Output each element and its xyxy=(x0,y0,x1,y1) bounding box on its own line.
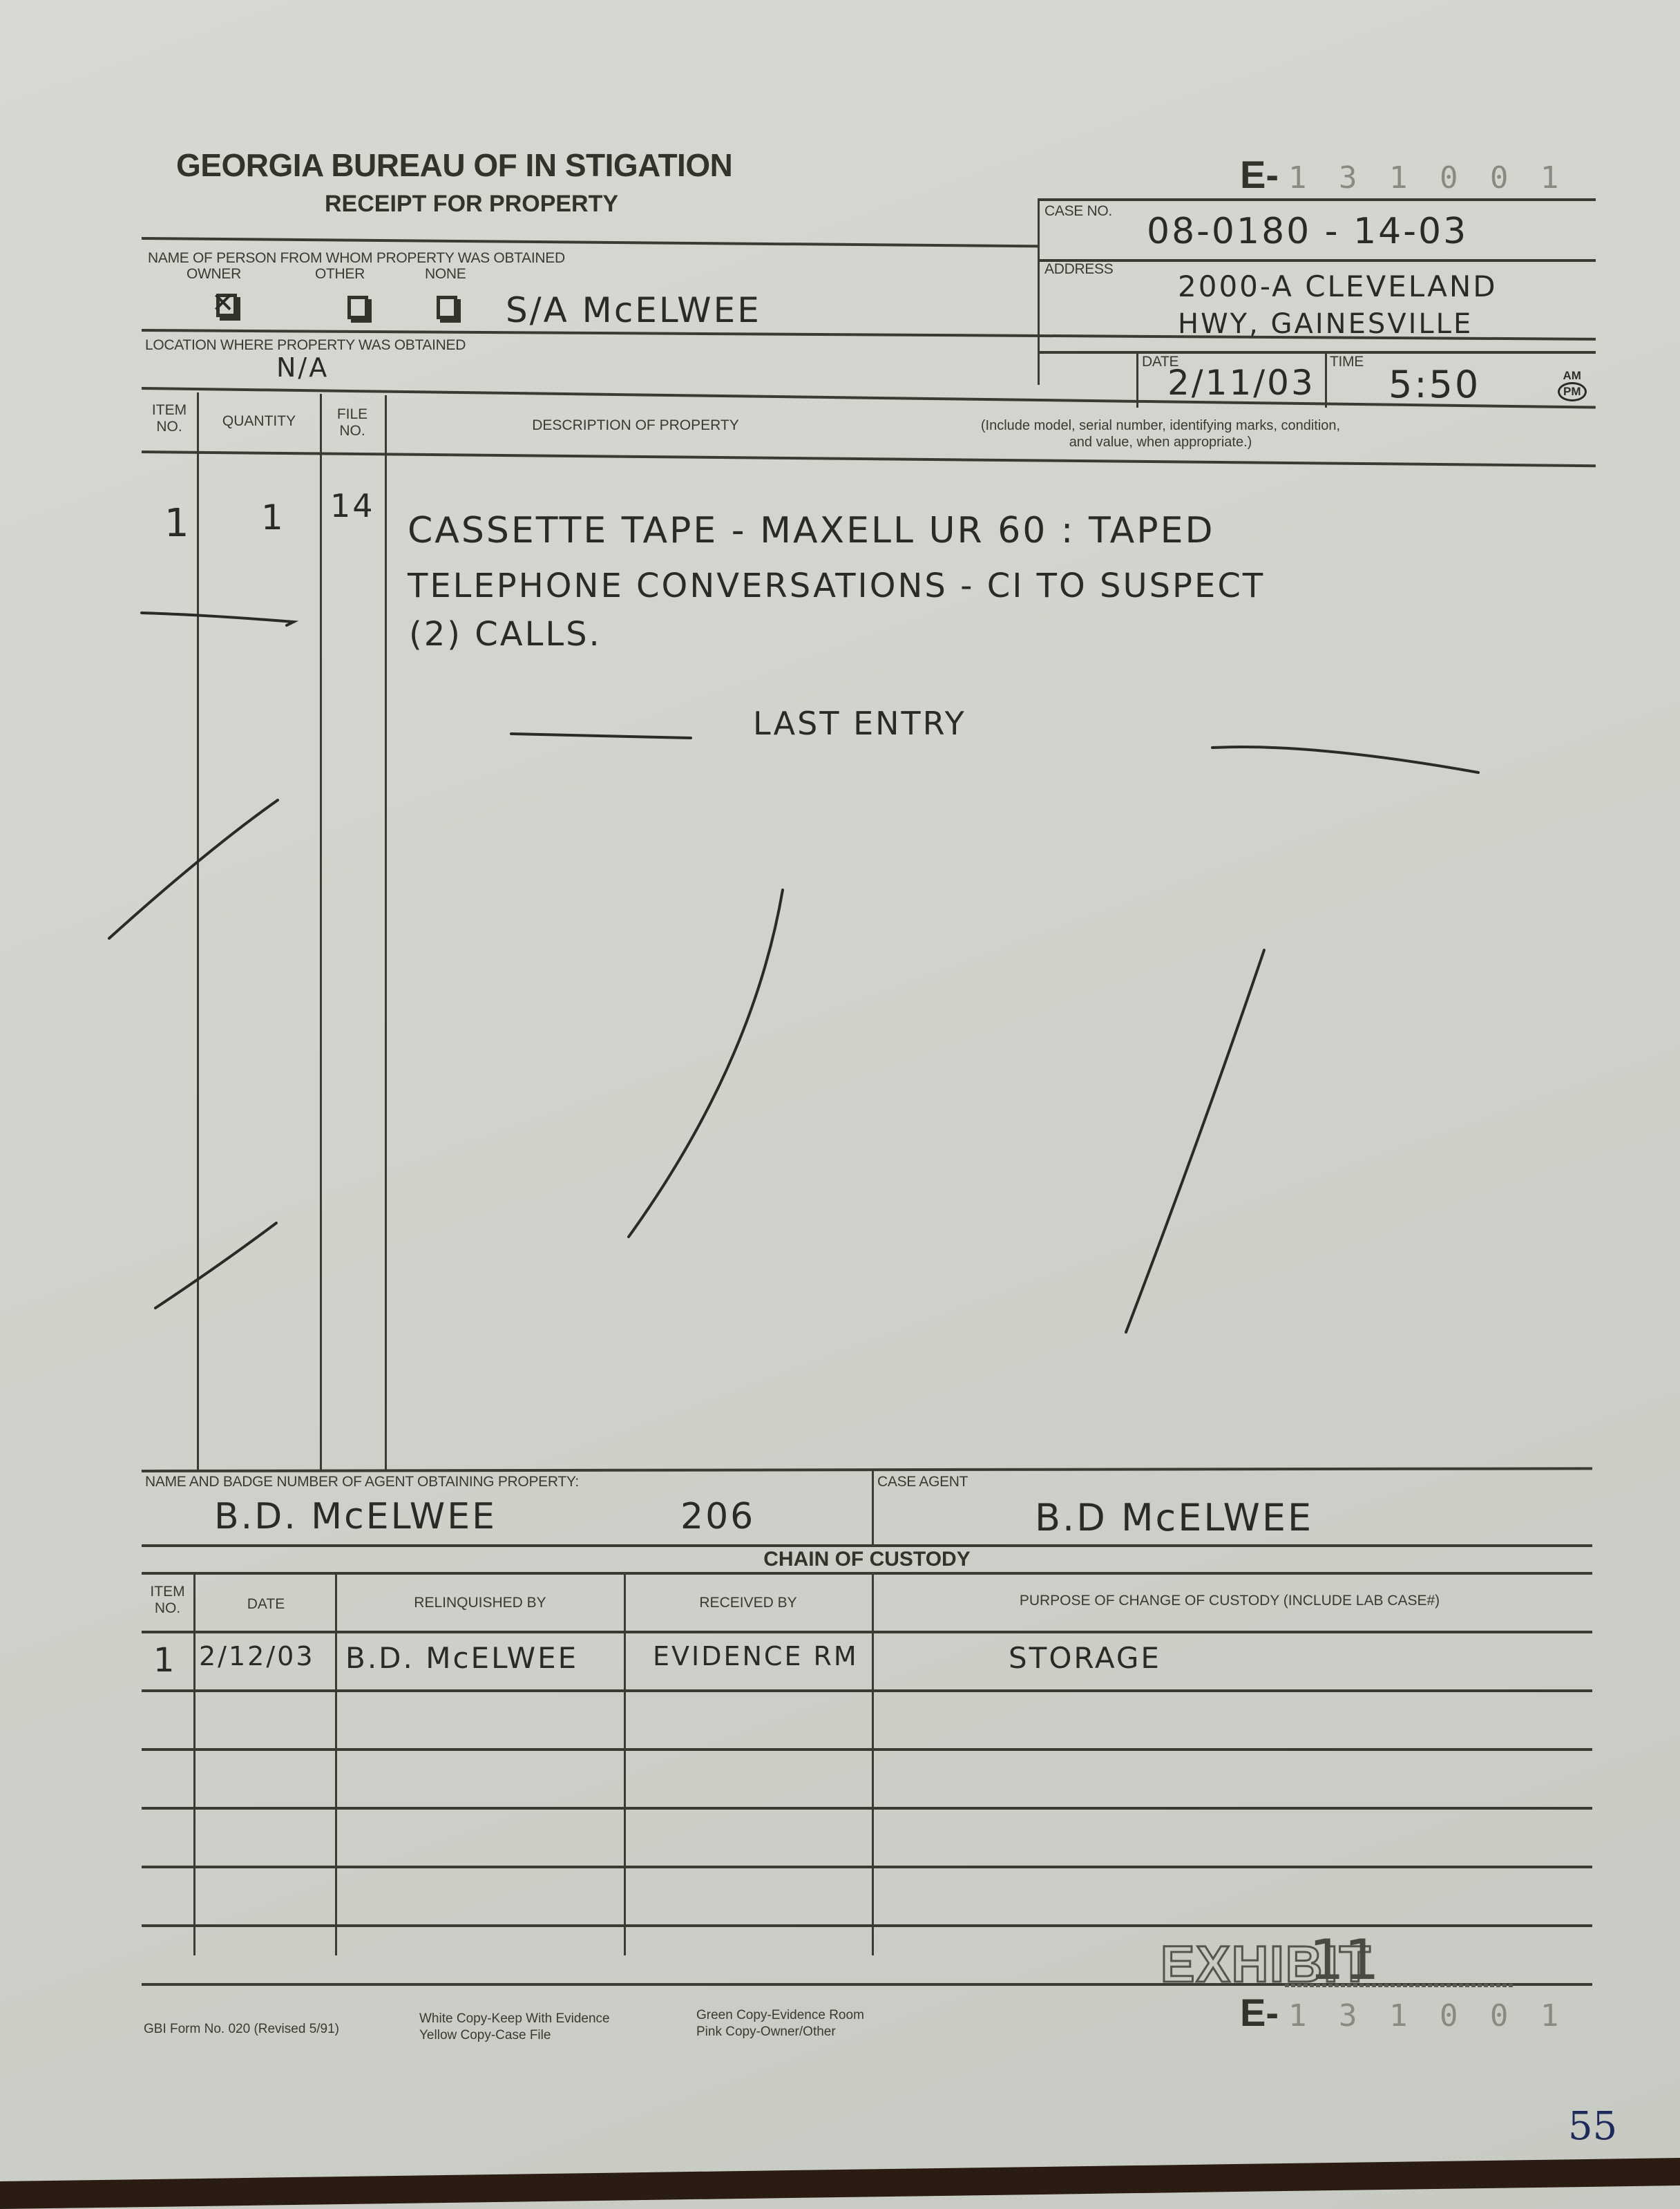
divider xyxy=(142,1544,1592,1547)
copy-green: Green Copy-Evidence Room xyxy=(696,2007,864,2024)
agent-badge-number: 206 xyxy=(680,1496,755,1537)
coc-header-date: DATE xyxy=(197,1596,335,1613)
page-number: 55 xyxy=(1568,2104,1617,2149)
form-number: GBI Form No. 020 (Revised 5/91) xyxy=(144,2021,339,2038)
exhibit-underline xyxy=(1285,1984,1513,1987)
row-divider xyxy=(142,1631,1592,1633)
coc-header-relinquished-by: RELINQUISHED BY xyxy=(338,1595,622,1611)
row-divider xyxy=(142,1689,1592,1692)
chain-of-custody-title: CHAIN OF CUSTODY xyxy=(142,1548,1592,1571)
agent-obtaining-name: B.D. McELWEE xyxy=(214,1496,497,1537)
copy-pink: Pink Copy-Owner/Other xyxy=(696,2024,864,2040)
divider xyxy=(142,1572,1592,1575)
document-page: GEORGIA BUREAU OF IN STIGATION RECEIPT F… xyxy=(0,0,1680,2209)
coc-header-item-no: ITEM NO. xyxy=(142,1584,193,1617)
col-divider xyxy=(193,1572,195,1955)
col-divider xyxy=(335,1572,337,1955)
evidence-number: 1 3 1 0 0 1 xyxy=(1288,1998,1565,2033)
case-agent-label: CASE AGENT xyxy=(877,1474,968,1490)
coc-cell-date: 2/12/03 xyxy=(199,1641,315,1671)
row-divider xyxy=(142,1924,1592,1927)
copy-white: White Copy-Keep With Evidence xyxy=(419,2011,610,2027)
col-divider xyxy=(624,1572,626,1955)
col-divider xyxy=(872,1470,874,1544)
col-divider xyxy=(872,1572,874,1955)
copy-distribution-1: White Copy-Keep With Evidence Yellow Cop… xyxy=(419,2011,610,2044)
coc-cell-relinquished-by: B.D. McELWEE xyxy=(345,1641,578,1675)
copy-distribution-2: Green Copy-Evidence Room Pink Copy-Owner… xyxy=(696,2007,864,2040)
row-divider xyxy=(142,1807,1592,1810)
coc-header-purpose: PURPOSE OF CHANGE OF CUSTODY (INCLUDE LA… xyxy=(877,1593,1582,1609)
evidence-stamp-bottom: E-1 3 1 0 0 1 xyxy=(1240,1990,1565,2035)
evidence-prefix: E- xyxy=(1240,1991,1279,2034)
case-agent-name: B.D McELWEE xyxy=(1035,1496,1313,1539)
copy-yellow: Yellow Copy-Case File xyxy=(419,2027,610,2044)
coc-cell-item-no: 1 xyxy=(153,1641,177,1680)
agent-obtaining-label: NAME AND BADGE NUMBER OF AGENT OBTAINING… xyxy=(145,1474,579,1490)
coc-cell-purpose: STORAGE xyxy=(1009,1641,1161,1675)
coc-header-received-by: RECEIVED BY xyxy=(627,1595,869,1611)
exhibit-number: 11 xyxy=(1309,1928,1380,1992)
row-divider xyxy=(142,1748,1592,1751)
pen-strike-marks xyxy=(0,0,1680,2209)
row-divider xyxy=(142,1866,1592,1868)
coc-cell-received-by: EVIDENCE RM xyxy=(653,1641,859,1671)
